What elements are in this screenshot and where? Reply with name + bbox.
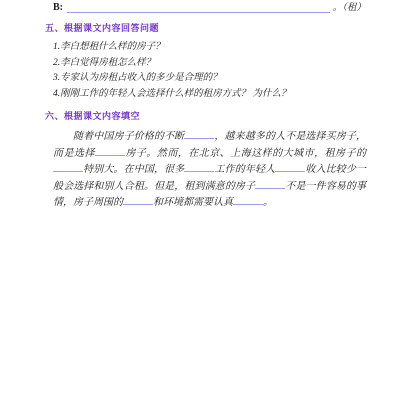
question-item: 1.李白想租什么样的房子？ [53,40,366,56]
fill-paragraph: 随着中国房子价格的不断，越来越多的人不是选择买房子，而是选择房子。然而，在北京、… [53,129,366,212]
fill-blank [233,195,263,205]
answer-row: B: 。（租） [53,2,366,14]
question-item: 2.李白觉得房租怎么样？ [53,56,366,72]
fill-blank [255,179,285,189]
paragraph-text: 特别大。在中国，很多 [83,164,184,175]
question-item: 4.刚刚工作的年轻人会选择什么样的租房方式？ 为什么？ [53,87,366,103]
question-item: 3.专家认为房租占收入的多少是合理的？ [53,71,366,87]
paragraph-text: 房子。然而，在北京、上海这样的大城市，租房子的 [125,148,366,159]
answer-hint: 。（租） [333,2,366,14]
fill-blank [184,129,214,139]
answer-label: B: [53,2,63,14]
fill-blank [123,195,153,205]
worksheet-page: B: 。（租） 五、根据课文内容回答问题 1.李白想租什么样的房子？2.李白觉得… [0,0,400,400]
question-list: 1.李白想租什么样的房子？2.李白觉得房租怎么样？3.专家认为房租占收入的多少是… [53,40,366,102]
fill-blank [95,146,125,156]
section-5-heading: 五、根据课文内容回答问题 [45,21,366,34]
section-6-heading: 六、根据课文内容填空 [45,109,366,122]
paragraph-text: 随着中国房子价格的不断 [73,131,184,142]
answer-blank [67,2,330,13]
paragraph-text: 和环境都需要认真 [153,197,233,208]
fill-blank [275,162,305,172]
paragraph-text: 。 [263,197,273,208]
fill-blank [53,162,83,172]
paragraph-text: 工作的年轻人 [214,164,275,175]
fill-blank [184,162,214,172]
